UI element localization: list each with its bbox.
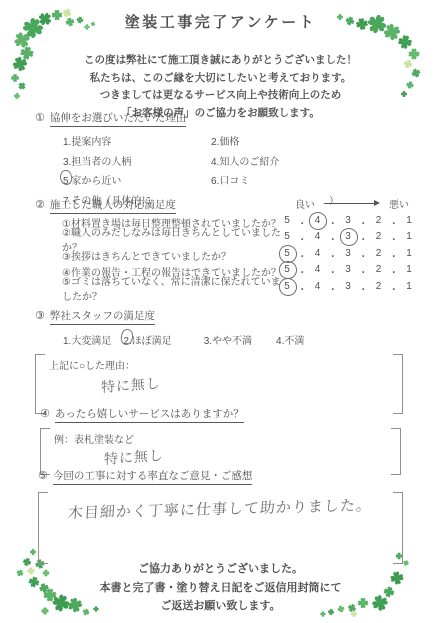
scale-dot: ・ xyxy=(358,264,368,279)
reason-option-2: 2.価格 xyxy=(211,133,411,148)
scale-dot: ・ xyxy=(328,248,338,263)
scale-number: 2 xyxy=(375,248,383,263)
section-comments: ⑤ 今回の工事に対する率直なご意見・ご感想 木目細かく丁寧に仕事して助かりました… xyxy=(38,468,403,564)
page-title: 塗装工事完了アンケート xyxy=(0,11,441,32)
scale-number-selected: 3 xyxy=(344,231,352,246)
reason-option-6: 6.口コミ xyxy=(211,172,411,187)
section-number: ⑤ xyxy=(38,469,48,482)
rating-scale: 5・4・3・2・1 xyxy=(283,281,413,296)
section-number: ③ xyxy=(35,309,45,322)
scale-number: 1 xyxy=(405,281,413,296)
staff-satisfaction-options: 1.大変満足 2.ほぼ満足 3.やや不満 4.不満 xyxy=(63,332,403,347)
scale-dot: ・ xyxy=(297,264,307,279)
scale-dot: ・ xyxy=(389,248,399,263)
scale-number: 3 xyxy=(344,264,352,279)
footer-line-2: 本書と完了書・塗り替え日記をご返信用封筒にて xyxy=(0,579,441,598)
scale-dot: ・ xyxy=(297,215,307,230)
scale-dot: ・ xyxy=(297,281,307,296)
scale-number: 5 xyxy=(283,215,291,230)
scale-header: 良い 悪い xyxy=(295,196,409,211)
staff-option-2-selected: 2.ほぼ満足 xyxy=(123,332,171,347)
section-title: 協伸をお選びいただいた理由 xyxy=(50,110,187,127)
scale-dot: ・ xyxy=(297,248,307,263)
comments-answer-box: 木目細かく丁寧に仕事して助かりました。 xyxy=(38,492,403,564)
scale-number: 2 xyxy=(375,281,383,296)
intro-line-3: つきましては更なるサービス向上や技術向上のため xyxy=(0,87,441,105)
footer-line-3: ご返送お願い致します。 xyxy=(0,597,441,616)
scale-dot: ・ xyxy=(297,231,307,246)
staff-option-3: 3.やや不満 xyxy=(204,332,252,347)
arrow-right-icon xyxy=(324,199,380,208)
scale-number: 1 xyxy=(405,264,413,279)
rating-scale: 5・4・3・2・1 xyxy=(283,231,413,246)
scale-number: 3 xyxy=(344,248,352,263)
scale-number-selected: 5 xyxy=(283,281,291,296)
scale-bad-label: 悪い xyxy=(389,196,409,211)
footer-thanks: ご協力ありがとうございました。 本書と完了書・塗り替え日記をご返信用封筒にて ご… xyxy=(0,560,441,616)
scale-dot: ・ xyxy=(358,231,368,246)
scale-dot: ・ xyxy=(358,215,368,230)
reason-option-1: 1.提案内容 xyxy=(63,133,211,148)
rating-row-5: ⑤ゴミは落ちていなく、常に清潔に保たれていましたか？ 5・4・3・2・1 xyxy=(62,280,413,297)
scale-dot: ・ xyxy=(389,281,399,296)
scale-dot: ・ xyxy=(328,231,338,246)
section-heading: ⑤ 今回の工事に対する率直なご意見・ご感想 xyxy=(38,468,403,485)
intro-line-2: 私たちは、このご縁を大切にしたいと考えております。 xyxy=(0,70,441,88)
section-title: あったら嬉しいサービスはありますか？ xyxy=(55,406,244,423)
scale-number: 4 xyxy=(314,281,322,296)
scale-number: 1 xyxy=(405,231,413,246)
section-heading: ① 協伸をお選びいただいた理由 xyxy=(35,110,411,127)
section-desired-services: ④ あったら嬉しいサービスはありますか？ 例：表札塗装など 特に無し xyxy=(40,406,401,475)
section-number: ④ xyxy=(40,407,50,420)
scale-number: 4 xyxy=(314,264,322,279)
scale-number: 3 xyxy=(344,281,352,296)
section-worker-satisfaction: ② 施工した職人の対応満足度 良い 悪い ①材料置き場は毎日整理整頓されていまし… xyxy=(35,196,413,297)
scale-number: 1 xyxy=(405,215,413,230)
rating-row-2: ②職人のみだしなみは毎日きちんとしていましたか？ 5・4・3・2・1 xyxy=(62,231,413,248)
scale-dot: ・ xyxy=(389,215,399,230)
staff-option-4: 4.不満 xyxy=(276,332,304,347)
rating-scale: 5・4・3・2・1 xyxy=(283,248,413,263)
scale-number: 2 xyxy=(375,215,383,230)
scale-dot: ・ xyxy=(328,264,338,279)
rating-question: ⑤ゴミは落ちていなく、常に清潔に保たれていましたか？ xyxy=(62,273,283,303)
scale-dot: ・ xyxy=(389,231,399,246)
reason-option-3: 3.担当者の人柄 xyxy=(63,153,211,168)
section-heading: ② 施工した職人の対応満足度 xyxy=(35,197,176,214)
section-number: ① xyxy=(35,111,45,124)
scale-number: 1 xyxy=(405,248,413,263)
section-number: ② xyxy=(35,198,45,211)
staff-option-1: 1.大変満足 xyxy=(63,332,111,347)
footer-line-1: ご協力ありがとうございました。 xyxy=(0,560,441,579)
section-heading: ④ あったら嬉しいサービスはありますか？ xyxy=(40,406,401,423)
scale-number-selected: 4 xyxy=(314,215,322,230)
handwritten-answer: 木目細かく丁寧に仕事して助かりました。 xyxy=(67,494,389,523)
survey-page: 塗装工事完了アンケート この度は弊社にて施工頂き誠にありがとうございました！ 私… xyxy=(0,0,441,623)
scale-number: 2 xyxy=(375,264,383,279)
section-reason-for-choosing: ① 協伸をお選びいただいた理由 1.提案内容 2.価格 3.担当者の人柄 4.知… xyxy=(35,110,411,207)
scale-number: 2 xyxy=(375,231,383,246)
scale-dot: ・ xyxy=(328,281,338,296)
scale-number: 4 xyxy=(314,248,322,263)
scale-dot: ・ xyxy=(389,264,399,279)
section-title: 弊社スタッフの満足度 xyxy=(50,308,155,325)
section-staff-satisfaction: ③ 弊社スタッフの満足度 1.大変満足 2.ほぼ満足 3.やや不満 4.不満 上… xyxy=(35,308,403,414)
section-title: 今回の工事に対する率直なご意見・ご感想 xyxy=(53,468,253,485)
scale-dot: ・ xyxy=(358,248,368,263)
scale-number: 4 xyxy=(314,231,322,246)
section-heading-row: ② 施工した職人の対応満足度 良い 悪い xyxy=(35,196,413,214)
rating-question: ③挨拶はきちんとできていましたか？ xyxy=(62,248,231,263)
rating-scale: 5・4・3・2・1 xyxy=(283,264,413,279)
intro-line-1: この度は弊社にて施工頂き誠にありがとうございました！ xyxy=(0,52,441,70)
section-title: 施工した職人の対応満足度 xyxy=(50,197,176,214)
reason-answer-box: 上記に○した理由： 特に無し xyxy=(35,354,403,414)
scale-dot: ・ xyxy=(358,281,368,296)
reason-option-5-selected: 5.家から近い xyxy=(63,172,211,187)
reason-option-4: 4.知人のご紹介 xyxy=(211,153,411,168)
section-heading: ③ 弊社スタッフの満足度 xyxy=(35,308,403,325)
scale-good-label: 良い xyxy=(295,196,315,211)
scale-dot: ・ xyxy=(328,215,338,230)
